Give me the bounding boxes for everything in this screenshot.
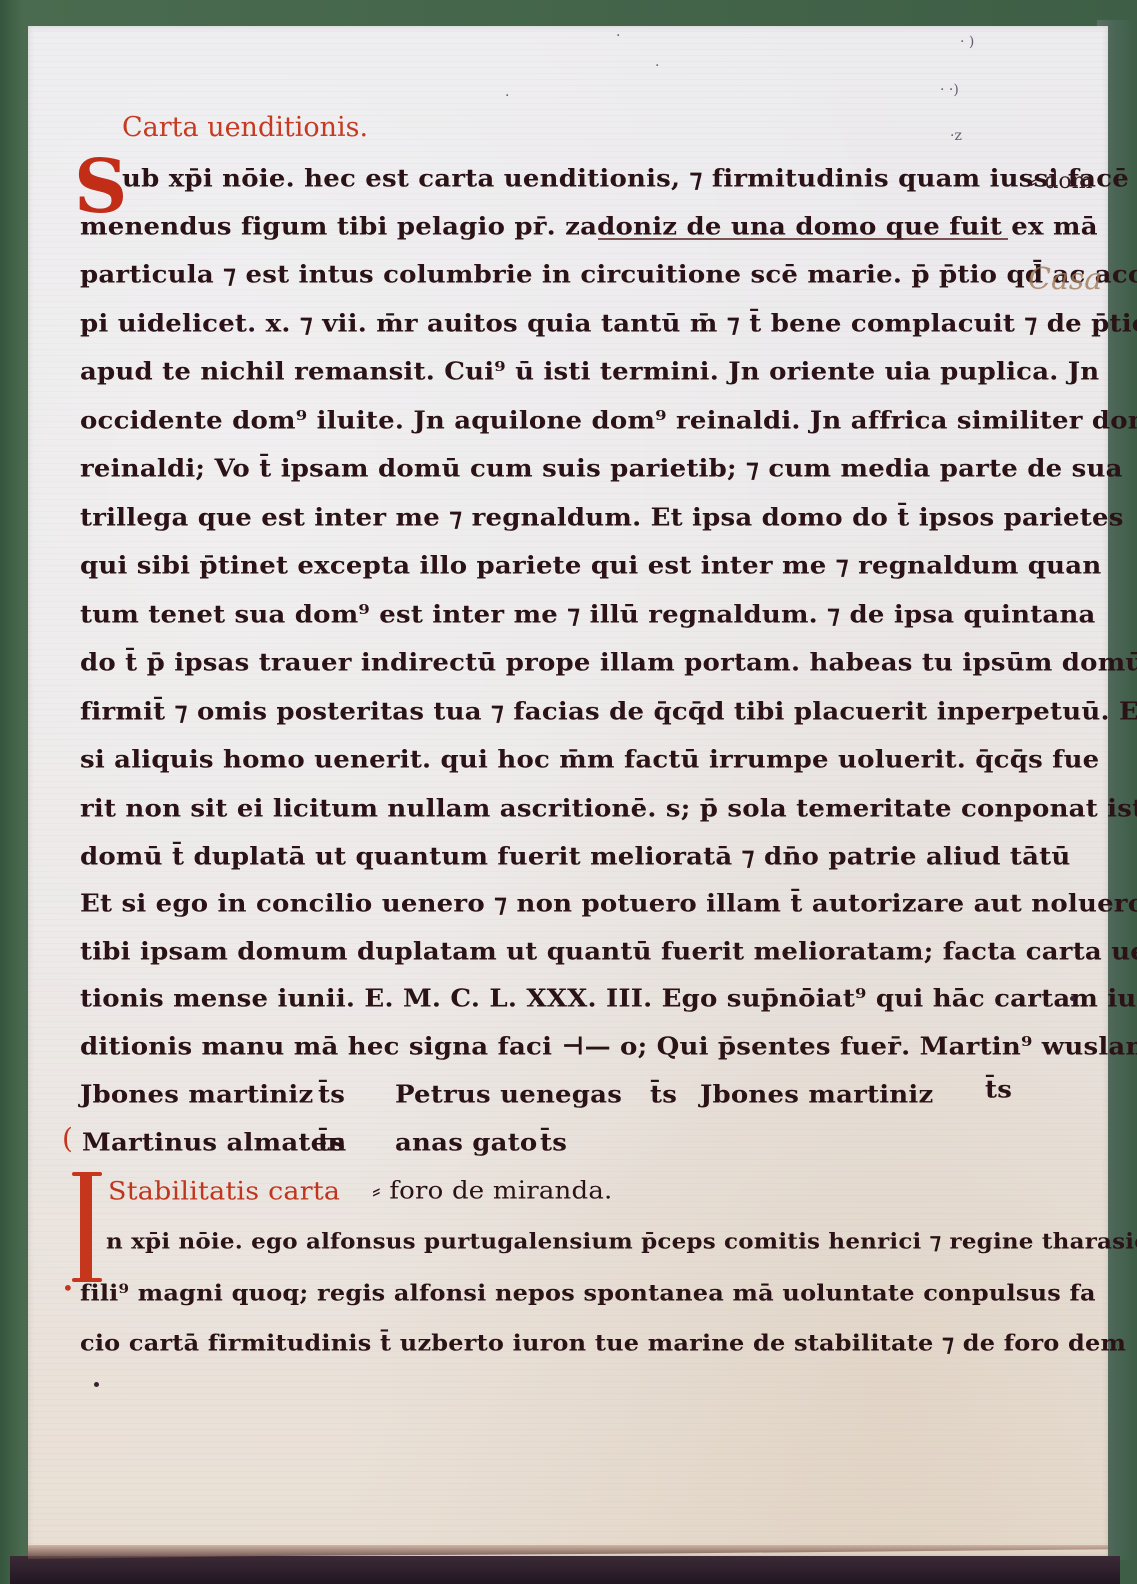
charter-1-line: si aliquis homo uenerit. qui hoc m̄m fac… (80, 746, 1099, 775)
top-mark: · (616, 28, 620, 44)
charter-1-line: reinaldi; Vo t̄ ipsam domū cum suis pari… (80, 455, 1123, 484)
witness-mark: t̄s (318, 1129, 345, 1158)
charter-1-line: menendus figum tibi pelagio pr̄. zadoniz… (80, 213, 1098, 242)
margin-note-casa: Casa (1028, 262, 1102, 297)
witness-name: Jbones martiniz (80, 1081, 313, 1110)
charter-1-line: trillega que est inter me ⁊ regnaldum. E… (80, 504, 1124, 533)
charter-1-line: tum tenet sua dom⁹ est inter me ⁊ illū r… (80, 601, 1096, 630)
charter-2-heading-black: ⸗ foro de miranda. (372, 1177, 613, 1206)
charter-1-line: ditionis manu mā hec signa faci ⊣— o; Qu… (80, 1033, 1137, 1062)
witness-name: anas gato (395, 1129, 537, 1158)
charter-1-line: firmit̄ ⁊ omis posteritas tua ⁊ facias d… (80, 698, 1137, 727)
witness-name: Martinus almaten (82, 1129, 346, 1158)
charter-1-line: apud te nichil remansit. Cui⁹ ū isti ter… (80, 358, 1099, 387)
top-mark: · ) (960, 34, 974, 50)
charter-1-line: rit non sit ei licitum nullam ascritionē… (80, 795, 1137, 824)
top-mark: ·z (950, 128, 962, 144)
charter-1-line: pi uidelicet. x. ⁊ vii. m̄r auitos quia … (80, 310, 1137, 339)
top-mark: · ·) (940, 82, 959, 98)
red-flourish: ( (62, 1122, 73, 1155)
witness-mark: t̄s (318, 1081, 345, 1110)
charter-1-line: particula ⁊ est intus columbrie in circu… (80, 261, 1137, 290)
red-flourish: • (62, 1276, 74, 1300)
decorated-initial-i (80, 1172, 92, 1282)
charter-1-line: ub xp̄i nōie. hec est carta uenditionis,… (122, 165, 1137, 194)
charter-2-line: cio cartā firmitudinis t̄ uzberto iuron … (80, 1329, 1126, 1357)
charter-1-line: qui sibi p̄tinet excepta illo pariete qu… (80, 552, 1101, 581)
bottom-shadow (10, 1556, 1120, 1584)
witness-name: Jbones martiniz (700, 1081, 933, 1110)
charter-1-line: Et si ego in concilio uenero ⁊ non potue… (80, 890, 1137, 919)
charter-1-heading: Carta uenditionis. (122, 112, 368, 143)
underline-rule (598, 238, 1008, 240)
charter-2-heading-red: Stabilitatis carta (108, 1177, 340, 1206)
parchment-folio (28, 26, 1108, 1556)
witness-mark: t̄s (540, 1129, 567, 1158)
charter-1-line: do t̄ p̄ ipsas trauer indirectū prope il… (80, 649, 1137, 678)
margin-note-dom: ⸗ dom (1030, 168, 1093, 194)
charter-2-line: fili⁹ magni quoq; regis alfonsi nepos sp… (80, 1279, 1096, 1307)
witness-name: Petrus uenegas (395, 1081, 622, 1110)
ink-spot (1070, 996, 1075, 1001)
charter-1-line: occidente dom⁹ iluite. Jn aquilone dom⁹ … (80, 407, 1137, 436)
charter-1-line: domū t̄ duplatā ut quantum fuerit melior… (80, 843, 1070, 872)
ink-dot (94, 1382, 99, 1387)
top-mark: · (505, 88, 509, 104)
charter-2-line: n xp̄i nōie. ego alfonsus purtugalensium… (106, 1229, 1137, 1255)
charter-1-line: tionis mense iunii. E. M. C. L. XXX. III… (80, 985, 1137, 1014)
witness-mark: t̄s (985, 1076, 1012, 1105)
witness-mark: t̄s (650, 1081, 677, 1110)
charter-1-line: tibi ipsam domum duplatam ut quantū fuer… (80, 938, 1137, 967)
top-mark: · (655, 58, 659, 74)
